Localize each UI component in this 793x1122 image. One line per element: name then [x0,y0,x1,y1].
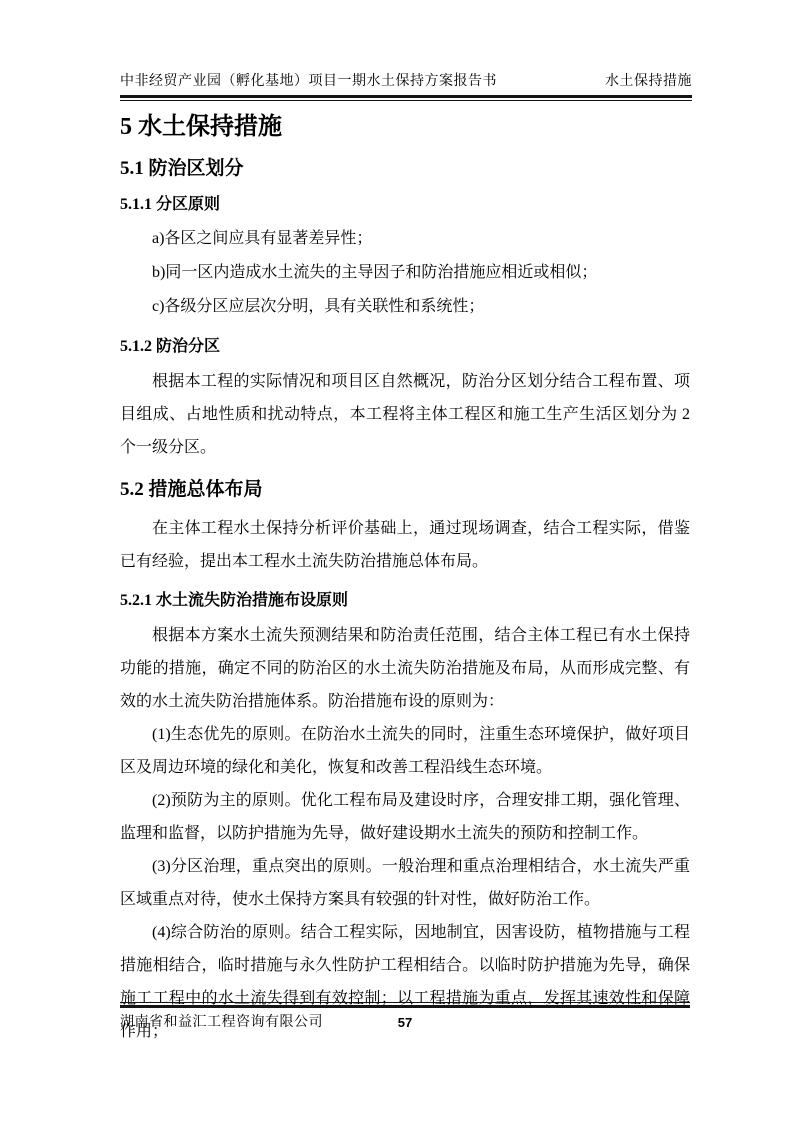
section-5-2-1-title: 5.2.1 水土流失防治措施布设原则 [120,590,690,612]
document-body: 5 水土保持措施 5.1 防治区划分 5.1.1 分区原则 a)各区之间应具有显… [120,104,690,1048]
principle-paragraph-2: (2)预防为主的原则。优化工程布局及建设时序，合理安排工期，强化管理、监理和监督… [120,784,690,850]
principle-paragraph-1: (1)生态优先的原则。在防治水土流失的同时，注重生态环境保护，做好项目区及周边环… [120,718,690,784]
header-report-title: 中非经贸产业园（孵化基地）项目一期水土保持方案报告书 [120,70,497,90]
principle-paragraph-3: (3)分区治理，重点突出的原则。一般治理和重点治理相结合，水土流失严重区域重点对… [120,850,690,916]
chapter-title: 5 水土保持措施 [120,112,690,143]
section-5-1-title: 5.1 防治区划分 [120,157,690,182]
section-5-1-1-title: 5.1.1 分区原则 [120,194,690,216]
principle-item-b: b)同一区内造成水土流失的主导因子和防治措施应相近或相似； [120,256,690,290]
header-rule [120,95,692,101]
document-page: 中非经贸产业园（孵化基地）项目一期水土保持方案报告书 水土保持措施 5 水土保持… [0,0,793,1122]
section-5-2-paragraph: 在主体工程水土保持分析评价基础上，通过现场调查，结合工程实际，借鉴已有经验，提出… [120,512,690,578]
section-5-2-title: 5.2 措施总体布局 [120,478,690,503]
principle-item-a: a)各区之间应具有显著差异性； [120,222,690,256]
section-5-1-2-paragraph: 根据本工程的实际情况和项目区自然概况，防治分区划分结合工程布置、项目组成、占地性… [120,365,690,464]
header-row: 中非经贸产业园（孵化基地）项目一期水土保持方案报告书 水土保持措施 [120,70,692,95]
footer-rule [120,1002,690,1008]
footer-page-number: 57 [120,1012,690,1034]
section-5-1-2-title: 5.1.2 防治分区 [120,336,690,358]
principle-item-c: c)各级分区应层次分明，具有关联性和系统性； [120,290,690,324]
header-chapter-label: 水土保持措施 [605,70,692,90]
section-5-2-1-lead-paragraph: 根据本方案水土流失预测结果和防治责任范围，结合主体工程已有水土保持功能的措施，确… [120,619,690,718]
page-footer: 湖南省和益汇工程咨询有限公司 57 [120,1002,690,1034]
page-header: 中非经贸产业园（孵化基地）项目一期水土保持方案报告书 水土保持措施 [120,70,692,101]
footer-row: 湖南省和益汇工程咨询有限公司 57 [120,1012,690,1034]
